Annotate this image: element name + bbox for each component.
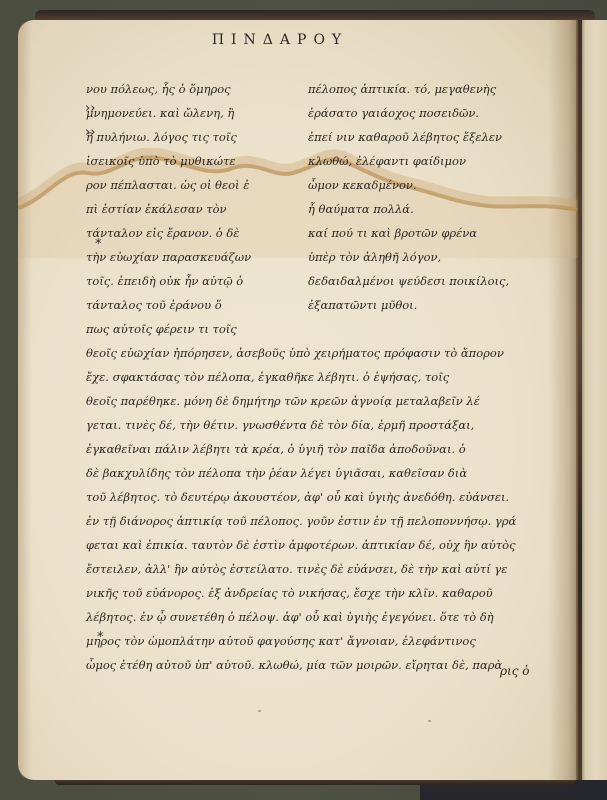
paper-speck [258,710,261,712]
verse-line: καί πού τι καὶ βροτῶν φρένα [308,221,528,245]
paper-speck [428,720,431,722]
verse-line: ἐπεί νιν καθαροῦ λέβητος ἔξελεν [308,125,528,149]
text-line: μνημονεύει. καὶ ὤλενη, ἢ [86,101,291,125]
text-line: γεται. τινὲς δέ, τὴν θέτιν. γνωσθέντα δὲ… [86,413,516,437]
facing-page-edge [578,20,607,780]
text-line: ρον πέπλασται. ὡς οἱ θεοὶ ἐ [86,173,291,197]
text-line: θεοῖς παρέθηκε. μόνη δὲ δημήτηρ τῶν κρεῶ… [86,389,516,413]
text-line: τάνταλος τοῦ ἐράνου ὅ [86,293,291,317]
text-line: τοῦ λέβητος. τὸ δευτέρῳ ἀκουστέον, ἀφ' ο… [86,485,516,509]
text-line: ἐν τῇ διάνορος ἀπτικίᾳ τοῦ πέλοπος. γοῦν… [86,509,516,533]
text-line: δὲ βακχυλίδης τὸν πέλοπα τὴν ῥέαν λέγει … [86,461,516,485]
page-edge-shade [18,20,32,780]
text-line: φεται καὶ ἐπικία. ταυτὸν δὲ ἐστὶν ἀμφοτέ… [86,533,516,557]
text-line: ὦμος ἐτέθη αὐτοῦ ὑπ' αὐτοῦ. κλωθώ, μία τ… [86,653,516,677]
text-line: πὶ ἑστίαν ἐκάλεσαν τὸν [86,197,291,221]
text-line: νικῆς τοῦ εὐάνορος. ἐξ ἀνδρείας τὸ νικήσ… [86,581,516,605]
text-line: νου πόλεως, ἧς ὁ ὅμηρος [86,77,291,101]
verse-line: δεδαιδαλμένοι ψεύδεσι ποικίλοις, [308,269,528,293]
verse-line: ἐράσατο γαιάοχος ποσειδῶν. [308,101,528,125]
gutter-shadow [548,20,578,780]
book-spine-gutter [578,20,582,780]
text-line: ἰσεικοῖς ὑπὸ τὸ μυθικώτε [86,149,291,173]
verse-line: ἐξαπατῶντι μῦθοι. [308,293,528,317]
text-line: λέβητος. ἐν ᾧ συνετέθη ὁ πέλοψ. ἀφ' οὗ κ… [86,605,516,629]
verse-line: κλωθώ, ἐλέφαντι φαίδιμον [308,149,528,173]
text-line: μηρος τὸν ὠμοπλάτην αὐτοῦ φαγούσης κατ' … [86,629,516,653]
text-line: τάνταλον εἰς ἔρανον. ὁ δὲ [86,221,291,245]
text-line: ἔστειλεν, ἀλλ' ἣν αὐτὸς ἐστείλατο. τινὲς… [86,557,516,581]
verse-line: πέλοπος ἀπτικία. τό, μεγαθενὴς [308,77,528,101]
text-line: τὴν εὐωχίαν παρασκευάζων [86,245,291,269]
text-line: πως αὐτοῖς φέρειν τι τοῖς [86,317,291,341]
verse-line: ὑπὲρ τὸν ἀληθῆ λόγον, [308,245,528,269]
text-line: ἐγκαθεῖναι πάλιν λέβητι τὰ κρέα, ὁ ὑγιῆ … [86,437,516,461]
verse-line: ὦμον κεκαδμένον. [308,173,528,197]
verse-line: ἦ θαύματα πολλά. [308,197,528,221]
text-line: θεοῖς εὐωχίαν ἠπόρησεν, ἀσεβοῦς ὑπὸ χειρ… [86,341,516,365]
text-line: τοῖς. ἐπειδὴ οὐκ ἦν αὐτῷ ὁ [86,269,291,293]
catchword: ρις ὁ [500,664,530,678]
text-line: ἔχε. σφακτάσας τὸν πέλοπα, ἐγκαθῆκε λέβη… [86,365,516,389]
text-line: ἢ πυλήνιω. λόγος τις τοῖς [86,125,291,149]
running-head: ΠΙΝΔΑΡΟΥ [200,32,360,48]
